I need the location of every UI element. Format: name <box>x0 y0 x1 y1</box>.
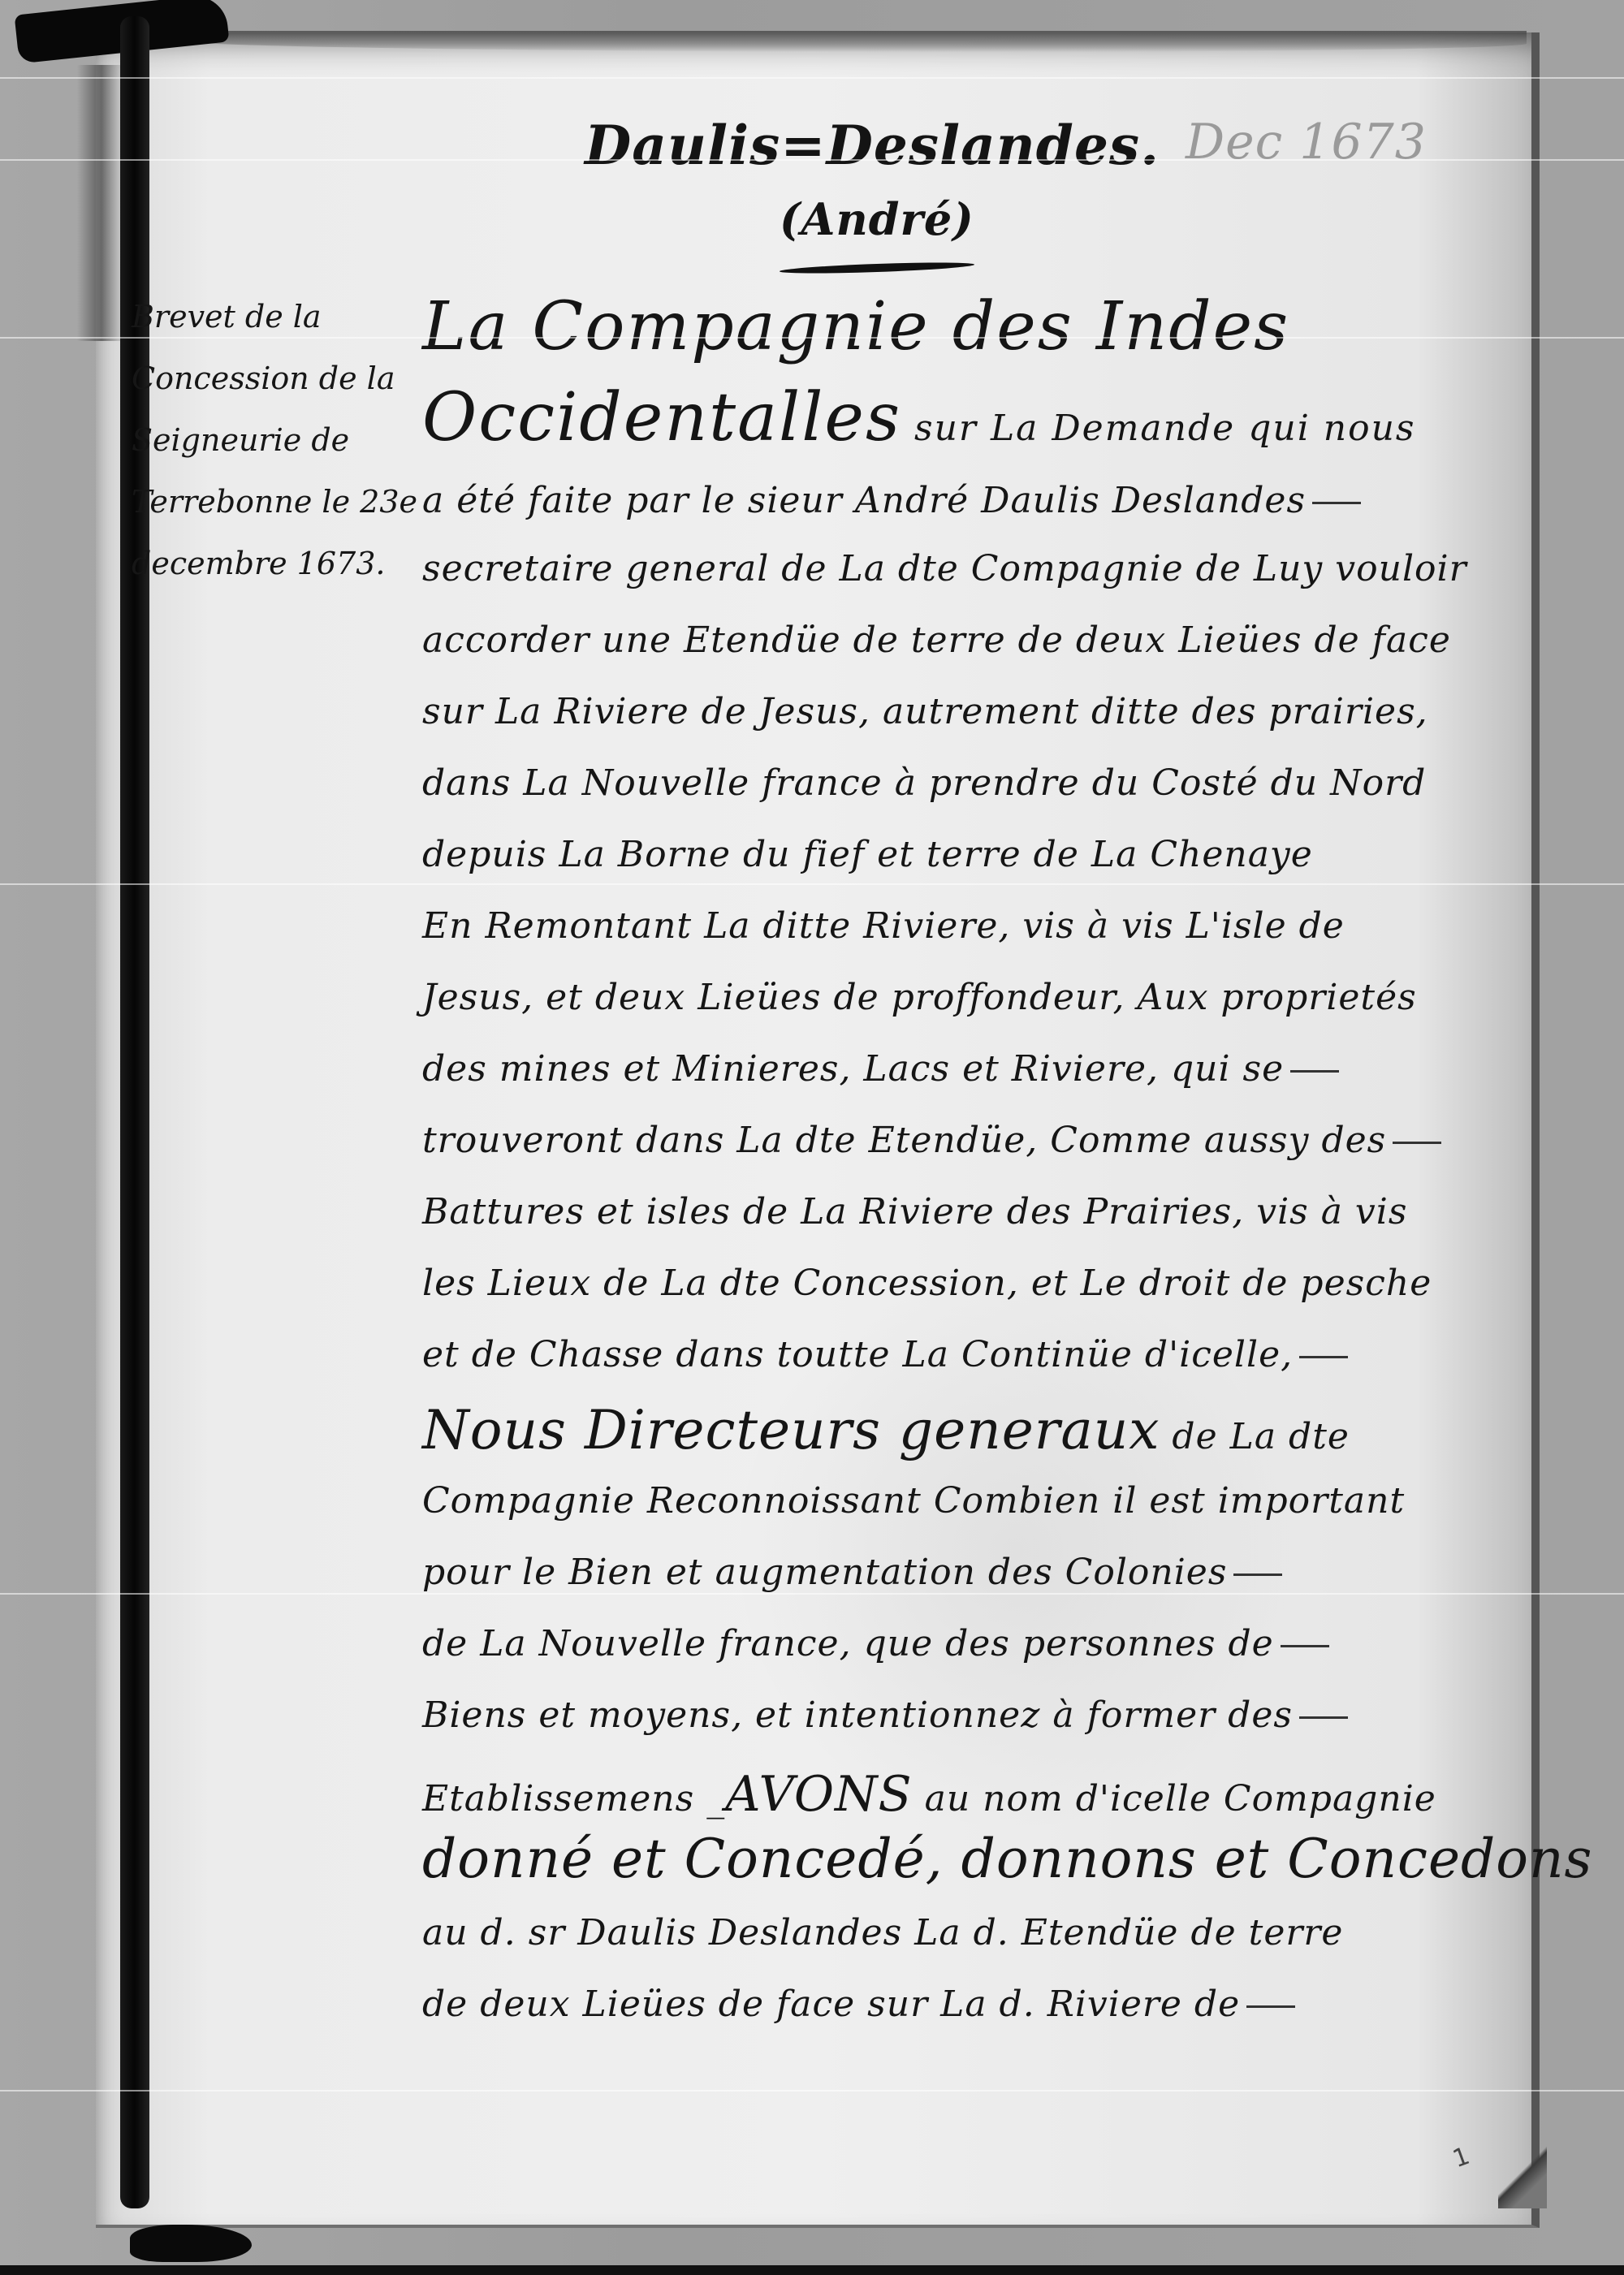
body-line-text: des mines et Minieres, Lacs et Riviere, … <box>422 1048 1284 1090</box>
scan-artifact-line <box>0 883 1624 885</box>
body-line-text: Occidentalles <box>422 379 901 456</box>
margin-note: Brevet de la Concession de la Seigneurie… <box>132 286 424 594</box>
body-line-text: Battures et isles de La Riviere des Prai… <box>422 1191 1407 1232</box>
body-line: sur La Riviere de Jesus, autrement ditte… <box>422 691 1428 732</box>
body-line: a été faite par le sieur André Daulis De… <box>422 480 1361 521</box>
body-line: Nous Directeurs generaux de La dte <box>422 1399 1350 1461</box>
scan-artifact-line <box>0 2090 1624 2092</box>
line-filler-rule <box>1299 1356 1348 1358</box>
body-line-tail: au nom d'icelle Compagnie <box>913 1778 1436 1820</box>
body-line-text: au d. sr Daulis Deslandes La d. Etendüe … <box>422 1912 1343 1953</box>
body-line: de deux Lieües de face sur La d. Riviere… <box>422 1984 1295 2025</box>
margin-note-line: Concession de la <box>132 348 424 409</box>
scan-artifact-line <box>0 337 1624 339</box>
body-line-text: Etablissemens _ <box>422 1778 725 1820</box>
page-corner-fold <box>1498 2143 1547 2208</box>
body-line-text: de deux Lieües de face sur La d. Riviere… <box>422 1984 1240 2025</box>
body-line-text: La Compagnie des Indes <box>422 288 1289 365</box>
margin-note-line: Terrebonne le 23e <box>132 471 424 533</box>
body-line-text: sur La Riviere de Jesus, autrement ditte… <box>422 691 1428 732</box>
body-line: dans La Nouvelle france à prendre du Cos… <box>422 762 1426 804</box>
body-line-text: les Lieux de La dte Concession, et Le dr… <box>422 1263 1432 1304</box>
body-line: Compagnie Reconnoissant Combien il est i… <box>422 1480 1405 1522</box>
scan-artifact-line <box>0 159 1624 161</box>
body-line: La Compagnie des Indes <box>422 288 1289 365</box>
body-line: de La Nouvelle france, que des personnes… <box>422 1623 1329 1664</box>
binding-ribbon-foot <box>130 2225 252 2262</box>
body-line: depuis La Borne du fief et terre de La C… <box>422 834 1313 875</box>
line-filler-rule <box>1312 502 1361 504</box>
body-line: Biens et moyens, et intentionnez à forme… <box>422 1694 1348 1736</box>
body-line-tail: de La dte <box>1160 1416 1350 1457</box>
body-line-emphasis: AVONS <box>725 1766 912 1823</box>
body-line: donné et Concedé, donnons et Concedons <box>422 1828 1592 1890</box>
margin-note-line: decembre 1673. <box>132 533 424 594</box>
body-line-tail: sur La Demande qui nous <box>901 408 1415 449</box>
body-line: Occidentalles sur La Demande qui nous <box>422 379 1416 456</box>
line-filler-rule <box>1393 1142 1441 1144</box>
line-filler-rule <box>1233 1574 1282 1576</box>
body-line: et de Chasse dans toutte La Continüe d'i… <box>422 1334 1348 1375</box>
body-line-emphasis: donné et Concedé, donnons et Concedons <box>422 1828 1592 1890</box>
binding-ribbon-shadow <box>77 65 126 341</box>
body-line-text: et de Chasse dans toutte La Continüe d'i… <box>422 1334 1293 1375</box>
body-line: secretaire general de La dte Compagnie d… <box>422 548 1467 589</box>
document-title-given-name: (André) <box>780 193 974 245</box>
body-line-text: depuis La Borne du fief et terre de La C… <box>422 834 1313 875</box>
line-filler-rule <box>1281 1645 1329 1647</box>
body-line-text: En Remontant La ditte Riviere, vis à vis… <box>422 905 1345 947</box>
body-line: Jesus, et deux Lieües de proffondeur, Au… <box>422 977 1417 1018</box>
body-line-text: Compagnie Reconnoissant Combien il est i… <box>422 1480 1405 1522</box>
body-line-text: pour le Bien et augmentation des Colonie… <box>422 1552 1227 1593</box>
line-filler-rule <box>1299 1716 1348 1719</box>
body-line: Battures et isles de La Riviere des Prai… <box>422 1191 1407 1232</box>
body-line: accorder une Etendüe de terre de deux Li… <box>422 619 1451 661</box>
scan-artifact-line <box>0 1593 1624 1595</box>
margin-note-line: Seigneurie de <box>132 409 424 471</box>
body-line-emphasis: Nous Directeurs generaux <box>422 1399 1160 1461</box>
scan-bottom-band <box>0 2265 1624 2275</box>
body-line: pour le Bien et augmentation des Colonie… <box>422 1552 1282 1593</box>
body-line-text: Biens et moyens, et intentionnez à forme… <box>422 1694 1293 1736</box>
body-line-text: dans La Nouvelle france à prendre du Cos… <box>422 762 1426 804</box>
archival-date-annotation: Dec 1673 <box>1186 114 1427 171</box>
document-title-name: Daulis=Deslandes. <box>585 114 1160 177</box>
body-line: Etablissemens _AVONS au nom d'icelle Com… <box>422 1766 1436 1823</box>
body-line-text: trouveront dans La dte Etendüe, Comme au… <box>422 1120 1386 1161</box>
line-filler-rule <box>1246 2005 1295 2008</box>
body-line: En Remontant La ditte Riviere, vis à vis… <box>422 905 1345 947</box>
body-line-text: secretaire general de La dte Compagnie d… <box>422 548 1467 589</box>
body-line: trouveront dans La dte Etendüe, Comme au… <box>422 1120 1441 1161</box>
body-line-text: accorder une Etendüe de terre de deux Li… <box>422 619 1451 661</box>
body-line-text: a été faite par le sieur André Daulis De… <box>422 480 1306 521</box>
body-line: les Lieux de La dte Concession, et Le dr… <box>422 1263 1432 1304</box>
line-filler-rule <box>1290 1070 1339 1073</box>
body-line-text: Jesus, et deux Lieües de proffondeur, Au… <box>422 977 1417 1018</box>
body-line: au d. sr Daulis Deslandes La d. Etendüe … <box>422 1912 1343 1953</box>
scan-artifact-line <box>0 77 1624 79</box>
body-line: des mines et Minieres, Lacs et Riviere, … <box>422 1048 1339 1090</box>
body-line-text: de La Nouvelle france, que des personnes… <box>422 1623 1274 1664</box>
